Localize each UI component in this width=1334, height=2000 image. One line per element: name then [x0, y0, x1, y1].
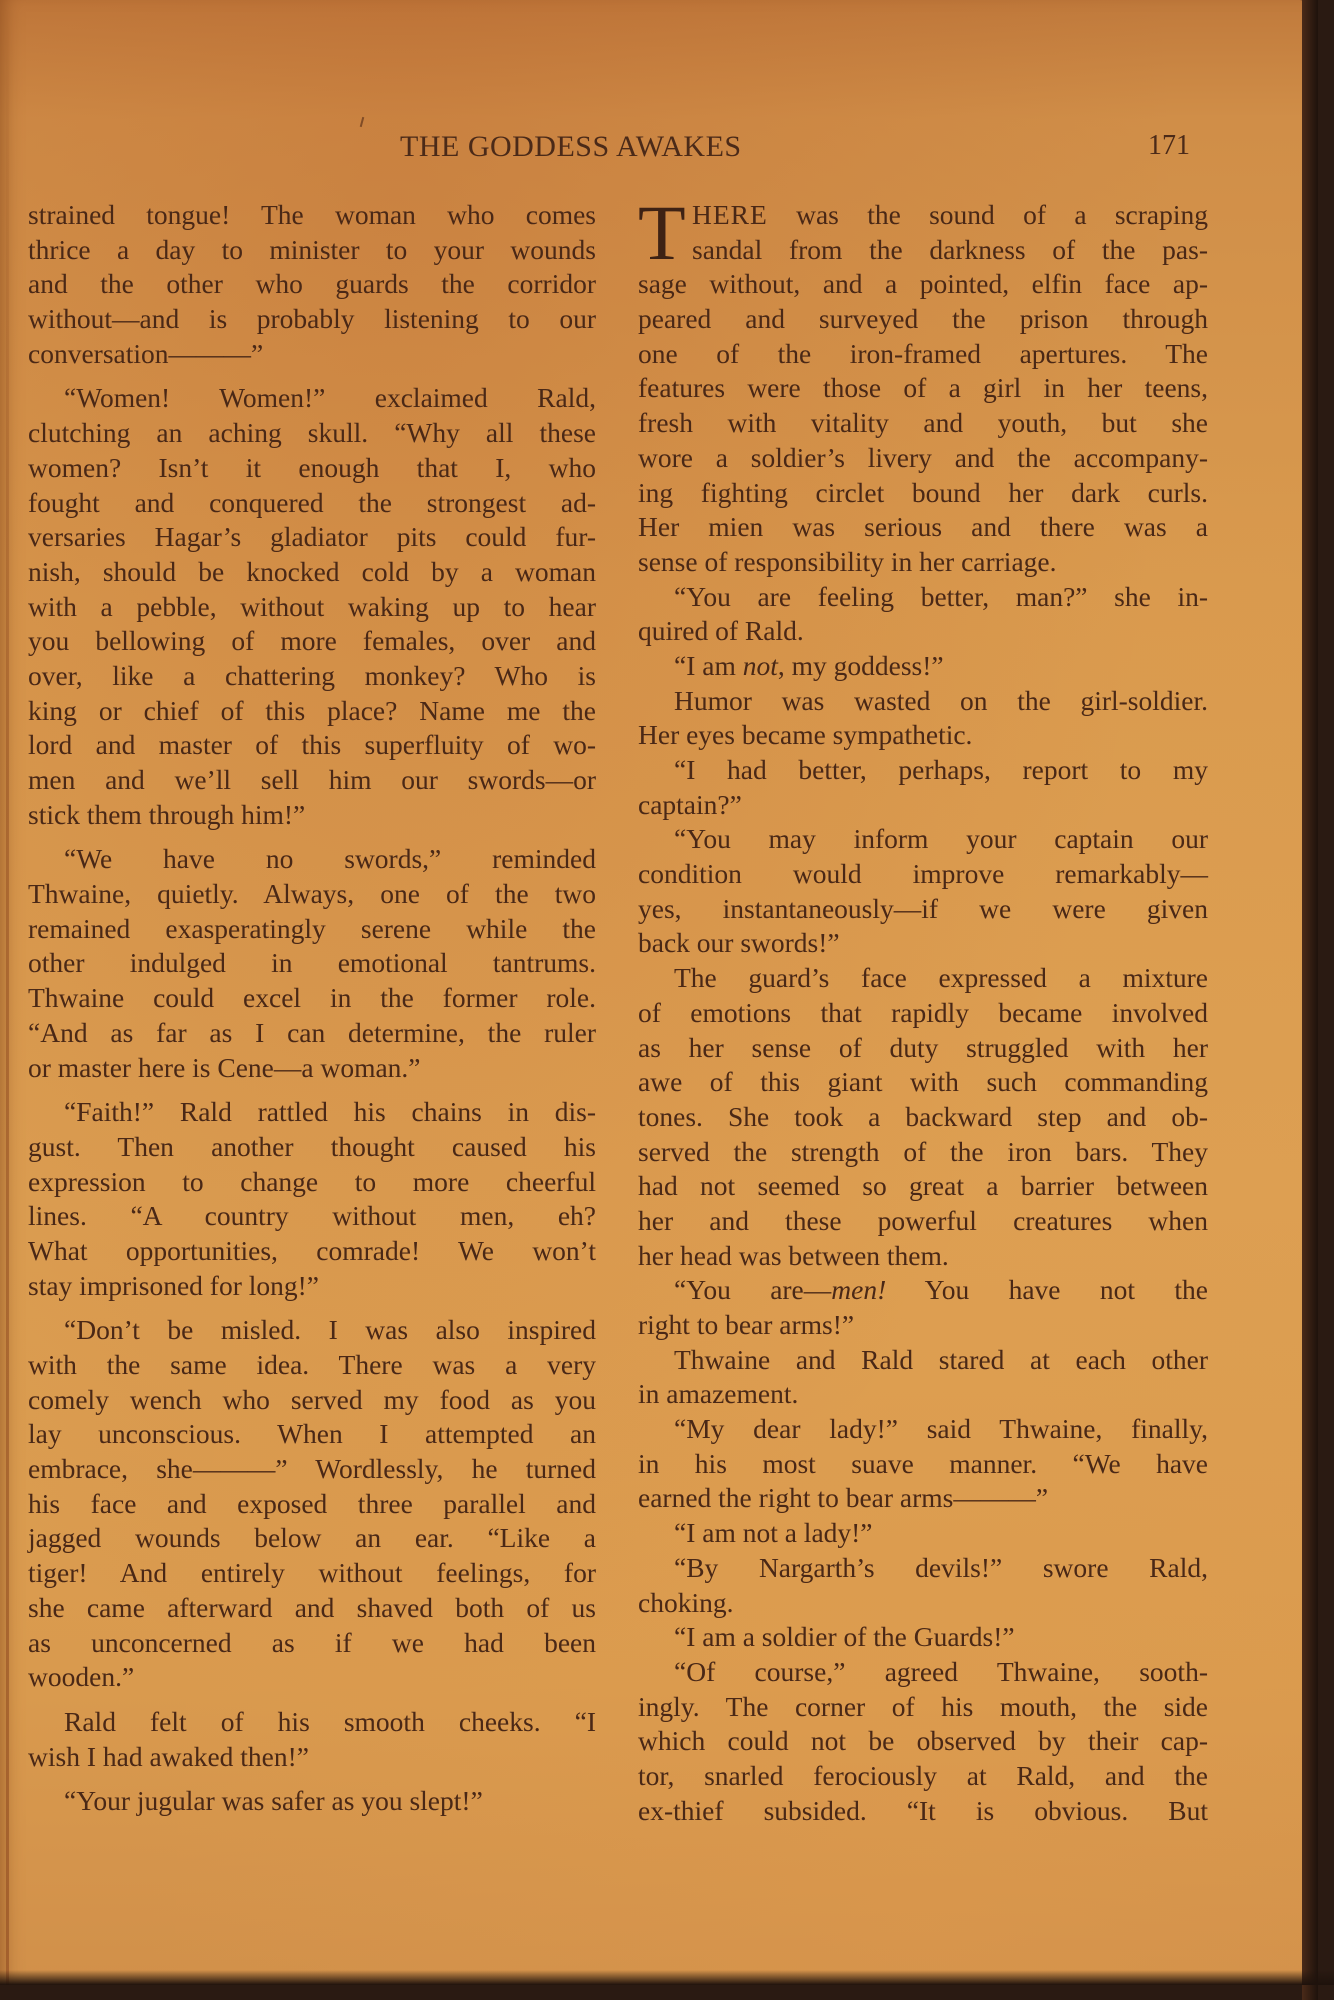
- text-line: you bellowing of more females, over and: [28, 624, 596, 659]
- paragraph-gap: [28, 1303, 596, 1313]
- text-line: “I am a soldier of the Guards!”: [638, 1620, 1208, 1655]
- text-line: men and we’ll sell him our swords—or: [28, 763, 596, 798]
- text-line: sandal from the darkness of the pas-: [638, 233, 1208, 268]
- paragraph-gap: [28, 371, 596, 381]
- text-line: expression to change to more cheerful: [28, 1165, 596, 1200]
- text-line: comely wench who served my food as you: [28, 1383, 596, 1418]
- text-line: her and these powerful creatures when: [638, 1204, 1208, 1239]
- text-line: women? Isn’t it enough that I, who: [28, 451, 596, 486]
- paragraph: “Your jugular was safer as you slept!”: [28, 1784, 596, 1819]
- right-column-body: sage without, and a pointed, elfin face …: [638, 267, 1208, 1828]
- ink-speck: [360, 117, 365, 127]
- text-line: fought and conquered the strongest ad-: [28, 486, 596, 521]
- text-line: remained exasperatingly serene while the: [28, 912, 596, 947]
- paragraph: “Faith!” Rald rattled his chains in dis-…: [28, 1095, 596, 1303]
- book-page: THE GODDESS AWAKES 171 strained tongue! …: [0, 0, 1318, 1985]
- paragraph: “Don’t be misled. I was also inspiredwit…: [28, 1313, 596, 1695]
- text-line: of emotions that rapidly became involved: [638, 996, 1208, 1031]
- text-line: versaries Hagar’s gladiator pits could f…: [28, 520, 596, 555]
- text-line: served the strength of the iron bars. Th…: [638, 1135, 1208, 1170]
- text-line: fresh with vitality and youth, but she: [638, 406, 1208, 441]
- text-fragment: “I am: [674, 650, 743, 681]
- text-line: in his most suave manner. “We have: [638, 1447, 1208, 1482]
- text-line: sage without, and a pointed, elfin face …: [638, 267, 1208, 302]
- right-text-column: T HERE was the sound of a scraping sanda…: [638, 198, 1208, 1828]
- paragraph: “Of course,” agreed Thwaine, sooth-ingly…: [638, 1655, 1208, 1828]
- paragraph: Thwaine and Rald stared at each otherin …: [638, 1343, 1208, 1412]
- text-line: Rald felt of his smooth cheeks. “I: [28, 1705, 596, 1740]
- text-line: lord and master of this superfluity of w…: [28, 728, 596, 763]
- page-edge-shadow: [1302, 0, 1318, 2000]
- paragraph: Rald felt of his smooth cheeks. “Iwish I…: [28, 1705, 596, 1774]
- text-line: in amazement.: [638, 1377, 1208, 1412]
- text-line: gust. Then another thought caused his: [28, 1130, 596, 1165]
- text-line: without—and is probably listening to our: [28, 302, 596, 337]
- paragraph: “You are—men! You have not theright to b…: [638, 1273, 1208, 1342]
- text-line: strained tongue! The woman who comes: [28, 198, 596, 233]
- text-line: condition would improve remarkably—: [638, 857, 1208, 892]
- text-line: “You are—men! You have not the: [638, 1273, 1208, 1308]
- text-fragment: was the sound of a scraping: [768, 199, 1208, 230]
- text-line: as unconcerned as if we had been: [28, 1626, 596, 1661]
- page-bottom-shadow: [0, 1970, 1334, 1985]
- text-line: as her sense of duty struggled with her: [638, 1031, 1208, 1066]
- text-line: stick them through him!”: [28, 798, 596, 833]
- text-line: earned the right to bear arms———”: [638, 1481, 1208, 1516]
- text-line: ingly. The corner of his mouth, the side: [638, 1690, 1208, 1725]
- paragraph: “My dear lady!” said Thwaine, finally,in…: [638, 1412, 1208, 1516]
- text-line: “And as far as I can determine, the rule…: [28, 1016, 596, 1051]
- paragraph-gap: [28, 832, 596, 842]
- text-line: other indulged in emotional tantrums.: [28, 946, 596, 981]
- text-line: peared and surveyed the prison through: [638, 302, 1208, 337]
- paragraph-gap: [28, 1695, 596, 1705]
- paragraph: strained tongue! The woman who comesthri…: [28, 198, 596, 371]
- text-line: sense of responsibility in her carriage.: [638, 545, 1208, 580]
- text-line: Thwaine could excel in the former role.: [28, 981, 596, 1016]
- text-line: ex-thief subsided. “It is obvious. But: [638, 1794, 1208, 1829]
- paragraph: “You may inform your captain ourconditio…: [638, 822, 1208, 961]
- text-line: “I am not, my goddess!”: [638, 649, 1208, 684]
- text-line: Thwaine and Rald stared at each other: [638, 1343, 1208, 1378]
- text-line: lay unconscious. When I attempted an: [28, 1417, 596, 1452]
- page-gutter-shadow: [6, 0, 9, 1985]
- text-line: choking.: [638, 1586, 1208, 1621]
- paragraph-gap: [28, 1085, 596, 1095]
- text-line: tiger! And entirely without feelings, fo…: [28, 1556, 596, 1591]
- text-line: and the other who guards the corridor: [28, 267, 596, 302]
- text-line: “I am not a lady!”: [638, 1516, 1208, 1551]
- text-line: tones. She took a backward step and ob-: [638, 1100, 1208, 1135]
- text-line: awe of this giant with such commanding: [638, 1065, 1208, 1100]
- opening-paragraph: T HERE was the sound of a scraping sanda…: [638, 198, 1208, 267]
- text-line: Humor was wasted on the girl-soldier.: [638, 684, 1208, 719]
- text-line: conversation———”: [28, 337, 596, 372]
- paragraph: “By Nargarth’s devils!” swore Rald,choki…: [638, 1551, 1208, 1620]
- text-line: tor, snarled ferociously at Rald, and th…: [638, 1759, 1208, 1794]
- text-line: Thwaine, quietly. Always, one of the two: [28, 877, 596, 912]
- text-line: she came afterward and shaved both of us: [28, 1591, 596, 1626]
- text-line: right to bear arms!”: [638, 1308, 1208, 1343]
- text-line: embrace, she———” Wordlessly, he turned: [28, 1452, 596, 1487]
- text-line: nish, should be knocked cold by a woman: [28, 555, 596, 590]
- paragraph: “You are feeling better, man?” she in-qu…: [638, 580, 1208, 649]
- text-line: over, like a chattering monkey? Who is: [28, 659, 596, 694]
- text-line: his face and exposed three parallel and: [28, 1487, 596, 1522]
- paragraph: “I had better, perhaps, report to mycapt…: [638, 753, 1208, 822]
- text-line: “You may inform your captain our: [638, 822, 1208, 857]
- paragraph: “I am a soldier of the Guards!”: [638, 1620, 1208, 1655]
- text-fragment: , my goddess!”: [778, 650, 944, 681]
- text-line: features were those of a girl in her tee…: [638, 371, 1208, 406]
- text-line: with a pebble, without waking up to hear: [28, 590, 596, 625]
- paragraph: Humor was wasted on the girl-soldier.Her…: [638, 684, 1208, 753]
- running-head: THE GODDESS AWAKES 171: [0, 130, 1318, 170]
- text-line: thrice a day to minister to your wounds: [28, 233, 596, 268]
- text-line: “You are feeling better, man?” she in-: [638, 580, 1208, 615]
- opening-paragraph-rest: sage without, and a pointed, elfin face …: [638, 267, 1208, 579]
- text-line: her head was between them.: [638, 1239, 1208, 1274]
- text-line: “By Nargarth’s devils!” swore Rald,: [638, 1551, 1208, 1586]
- text-line: Her eyes became sympathetic.: [638, 718, 1208, 753]
- text-line: wish I had awaked then!”: [28, 1740, 596, 1775]
- text-line: which could not be observed by their cap…: [638, 1724, 1208, 1759]
- page-number: 171: [1148, 130, 1190, 162]
- text-line: wore a soldier’s livery and the accompan…: [638, 441, 1208, 476]
- text-line: “Faith!” Rald rattled his chains in dis-: [28, 1095, 596, 1130]
- text-line: with the same idea. There was a very: [28, 1348, 596, 1383]
- paragraph: “I am not, my goddess!”: [638, 649, 1208, 684]
- text-line: king or chief of this place? Name me the: [28, 694, 596, 729]
- text-line: “Your jugular was safer as you slept!”: [28, 1784, 596, 1819]
- text-line: “Women! Women!” exclaimed Rald,: [28, 381, 596, 416]
- text-line: “I had better, perhaps, report to my: [638, 753, 1208, 788]
- text-line: quired of Rald.: [638, 614, 1208, 649]
- text-line: lines. “A country without men, eh?: [28, 1199, 596, 1234]
- text-line: yes, instantaneously—if we were given: [638, 892, 1208, 927]
- paragraph-gap: [28, 1774, 596, 1784]
- text-line: “Don’t be misled. I was also inspired: [28, 1313, 596, 1348]
- text-line: What opportunities, comrade! We won’t: [28, 1234, 596, 1269]
- chapter-title: THE GODDESS AWAKES: [400, 130, 742, 164]
- drop-cap: T: [638, 200, 686, 266]
- text-line: one of the iron-framed apertures. The: [638, 337, 1208, 372]
- paragraph: The guard’s face expressed a mixtureof e…: [638, 961, 1208, 1273]
- text-line: ing fighting circlet bound her dark curl…: [638, 476, 1208, 511]
- text-line: Her mien was serious and there was a: [638, 510, 1208, 545]
- paragraph: “Women! Women!” exclaimed Rald,clutching…: [28, 381, 596, 832]
- text-line: “We have no swords,” reminded: [28, 842, 596, 877]
- text-fragment: You have not the: [886, 1274, 1208, 1305]
- italic-emphasis: men!: [831, 1274, 886, 1305]
- text-line: wooden.”: [28, 1660, 596, 1695]
- text-line: back our swords!”: [638, 926, 1208, 961]
- text-line: had not seemed so great a barrier betwee…: [638, 1169, 1208, 1204]
- text-line: captain?”: [638, 788, 1208, 823]
- text-line: stay imprisoned for long!”: [28, 1269, 596, 1304]
- text-line: “Of course,” agreed Thwaine, sooth-: [638, 1655, 1208, 1690]
- text-line: The guard’s face expressed a mixture: [638, 961, 1208, 996]
- text-line: “My dear lady!” said Thwaine, finally,: [638, 1412, 1208, 1447]
- text-line: HERE was the sound of a scraping: [638, 198, 1208, 233]
- text-line: jagged wounds below an ear. “Like a: [28, 1521, 596, 1556]
- small-caps-word: HERE: [692, 199, 768, 230]
- paragraph: “I am not a lady!”: [638, 1516, 1208, 1551]
- text-fragment: “You are—: [674, 1274, 831, 1305]
- left-text-column: strained tongue! The woman who comesthri…: [28, 198, 596, 1819]
- text-line: clutching an aching skull. “Why all thes…: [28, 416, 596, 451]
- italic-emphasis: not: [743, 650, 778, 681]
- paragraph: “We have no swords,” remindedThwaine, qu…: [28, 842, 596, 1085]
- text-line: or master here is Cene—a woman.”: [28, 1051, 596, 1086]
